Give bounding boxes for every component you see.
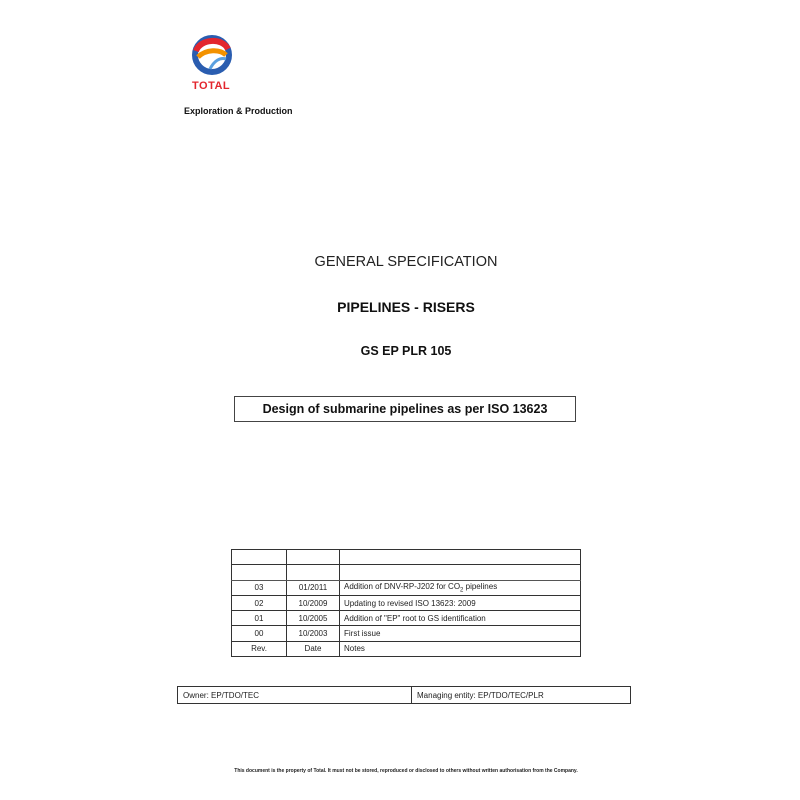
managing-entity-field: Managing entity: EP/TDO/TEC/PLR: [412, 687, 630, 703]
total-logo-icon: [190, 35, 234, 75]
date-cell: 10/2003: [287, 626, 340, 641]
date-cell: [287, 550, 340, 565]
table-row: [232, 550, 581, 565]
date-cell: 10/2009: [287, 595, 340, 610]
company-name: TOTAL: [192, 80, 230, 92]
date-cell: 10/2005: [287, 611, 340, 626]
notes-cell: Addition of "EP" root to GS identificati…: [340, 611, 581, 626]
rev-cell: 01: [232, 611, 287, 626]
notes-cell: Updating to revised ISO 13623: 2009: [340, 595, 581, 610]
owner-field: Owner: EP/TDO/TEC: [178, 687, 412, 703]
document-subtitle: Design of submarine pipelines as per ISO…: [234, 396, 576, 422]
rev-cell: 02: [232, 595, 287, 610]
document-code: GS EP PLR 105: [0, 344, 800, 358]
notes-cell: [340, 565, 581, 580]
ownership-box: Owner: EP/TDO/TEC Managing entity: EP/TD…: [177, 686, 631, 704]
table-row: 03 01/2011 Addition of DNV-RP-J202 for C…: [232, 580, 581, 595]
rev-cell: 03: [232, 580, 287, 595]
confidentiality-notice: This document is the property of Total. …: [0, 768, 800, 774]
date-cell: 01/2011: [287, 580, 340, 595]
rev-cell: [232, 550, 287, 565]
table-row: 00 10/2003 First issue: [232, 626, 581, 641]
notes-cell: [340, 550, 581, 565]
revision-table: 03 01/2011 Addition of DNV-RP-J202 for C…: [231, 549, 581, 657]
table-row: 02 10/2009 Updating to revised ISO 13623…: [232, 595, 581, 610]
table-row: [232, 565, 581, 580]
document-title: PIPELINES - RISERS: [0, 299, 800, 315]
document-category: GENERAL SPECIFICATION: [0, 254, 800, 270]
column-header-date: Date: [287, 641, 340, 656]
table-row: 01 10/2005 Addition of "EP" root to GS i…: [232, 611, 581, 626]
rev-cell: 00: [232, 626, 287, 641]
division-label: Exploration & Production: [184, 106, 293, 116]
rev-cell: [232, 565, 287, 580]
notes-cell: Addition of DNV-RP-J202 for CO2 pipeline…: [340, 580, 581, 595]
table-header-row: Rev. Date Notes: [232, 641, 581, 656]
date-cell: [287, 565, 340, 580]
column-header-notes: Notes: [340, 641, 581, 656]
column-header-rev: Rev.: [232, 641, 287, 656]
notes-cell: First issue: [340, 626, 581, 641]
